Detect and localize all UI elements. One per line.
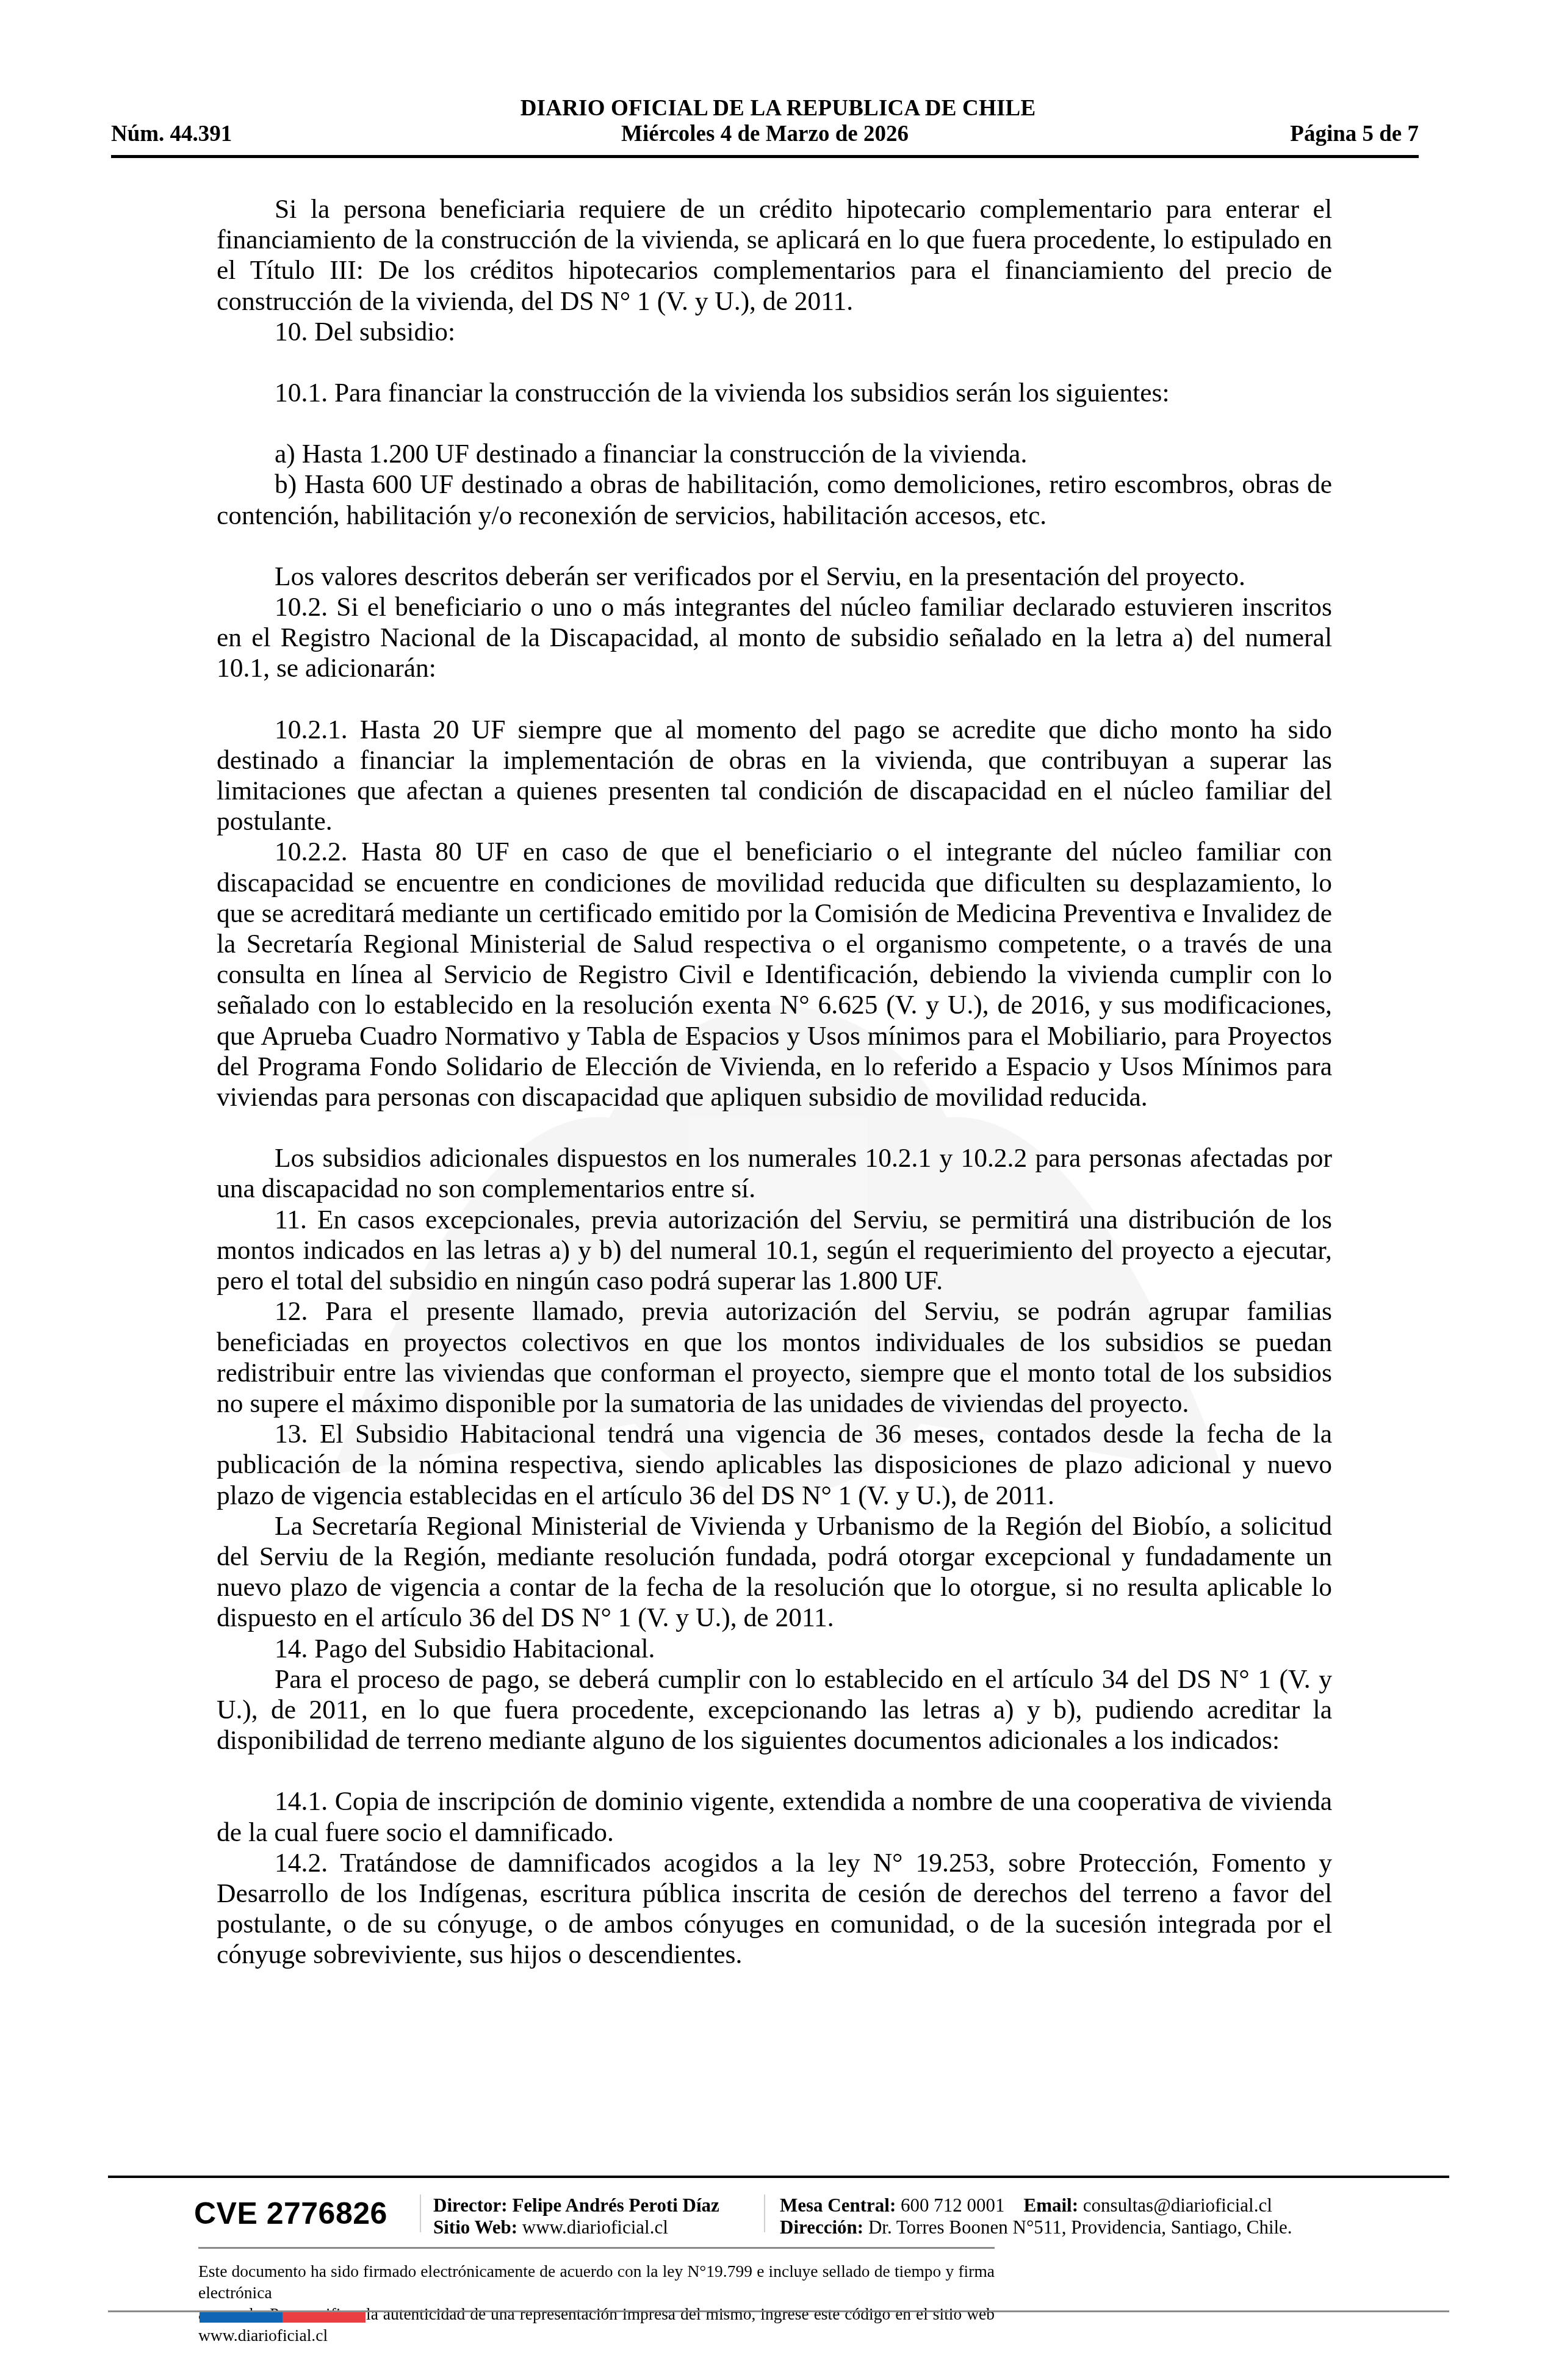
address-label: Dirección: (780, 2216, 863, 2238)
paragraph-10-2-2: 10.2.2. Hasta 80 UF en caso de que el be… (217, 837, 1332, 1112)
address-value: Dr. Torres Boonen N°511, Providencia, Sa… (868, 2216, 1292, 2238)
paragraph-credito: Si la persona beneficiaria requiere de u… (217, 194, 1332, 317)
paragraph-14-1: 14.1. Copia de inscripción de dominio vi… (217, 1786, 1332, 1847)
page-header-row: Núm. 44.391 Miércoles 4 de Marzo de 2026… (111, 121, 1419, 148)
cve-code: CVE 2776826 (194, 2196, 387, 2231)
item-a: a) Hasta 1.200 UF destinado a financiar … (217, 439, 1332, 469)
paragraph-10-2-1: 10.2.1. Hasta 20 UF siempre que al momen… (217, 715, 1332, 837)
header-divider (111, 155, 1419, 158)
paragraph-10-1: 10.1. Para financiar la construcción de … (217, 378, 1332, 408)
email-label: Email: (1024, 2194, 1079, 2216)
phone-value: 600 712 0001 (901, 2194, 1005, 2216)
paragraph-14-2: 14.2. Tratándose de damnificados acogido… (217, 1848, 1332, 1971)
paragraph-11: 11. En casos excepcionales, previa autor… (217, 1205, 1332, 1297)
footer-separator (420, 2194, 421, 2232)
phone-label: Mesa Central: (780, 2194, 896, 2216)
legal-notice: Este documento ha sido firmado electróni… (198, 2260, 995, 2346)
flag-stripe-blue (200, 2312, 283, 2323)
page-indicator: Página 5 de 7 (1290, 121, 1419, 147)
email-link[interactable]: consultas@diarioficial.cl (1083, 2194, 1272, 2216)
issue-date: Miércoles 4 de Marzo de 2026 (111, 121, 1419, 147)
paragraph-pago: Para el proceso de pago, se deberá cumpl… (217, 1664, 1332, 1756)
paragraph-10-2: 10.2. Si el beneficiario o uno o más int… (217, 592, 1332, 684)
heading-10: 10. Del subsidio: (217, 317, 1332, 347)
website-label: Sitio Web: (433, 2216, 517, 2238)
paragraph-valores: Los valores descritos deberán ser verifi… (217, 561, 1332, 592)
publication-title: DIARIO OFICIAL DE LA REPUBLICA DE CHILE (0, 95, 1556, 121)
footer-contact-block: Mesa Central: 600 712 0001 Email: consul… (780, 2194, 1292, 2238)
legal-line-1: Este documento ha sido firmado electróni… (198, 2260, 995, 2303)
heading-14: 14. Pago del Subsidio Habitacional. (217, 1634, 1332, 1664)
flag-stripe-red (283, 2312, 366, 2323)
paragraph-13: 13. El Subsidio Habitacional tendrá una … (217, 1419, 1332, 1511)
footer-separator (764, 2194, 765, 2232)
item-b: b) Hasta 600 UF destinado a obras de hab… (217, 469, 1332, 530)
document-body: Si la persona beneficiaria requiere de u… (217, 194, 1332, 1971)
footer-divider-top (108, 2176, 1449, 2178)
footer-director-block: Director: Felipe Andrés Peroti Díaz Siti… (433, 2194, 719, 2238)
paragraph-seremi: La Secretaría Regional Ministerial de Vi… (217, 1511, 1332, 1634)
footer-divider-mid (198, 2247, 995, 2249)
website-link[interactable]: www.diarioficial.cl (522, 2216, 668, 2238)
director-name: Felipe Andrés Peroti Díaz (512, 2194, 719, 2216)
paragraph-12: 12. Para el presente llamado, previa aut… (217, 1296, 1332, 1419)
paragraph-subsidios-adicionales: Los subsidios adicionales dispuestos en … (217, 1143, 1332, 1204)
legal-line-2: avanzada. Para verificar la autenticidad… (198, 2303, 995, 2346)
director-label: Director: (433, 2194, 508, 2216)
